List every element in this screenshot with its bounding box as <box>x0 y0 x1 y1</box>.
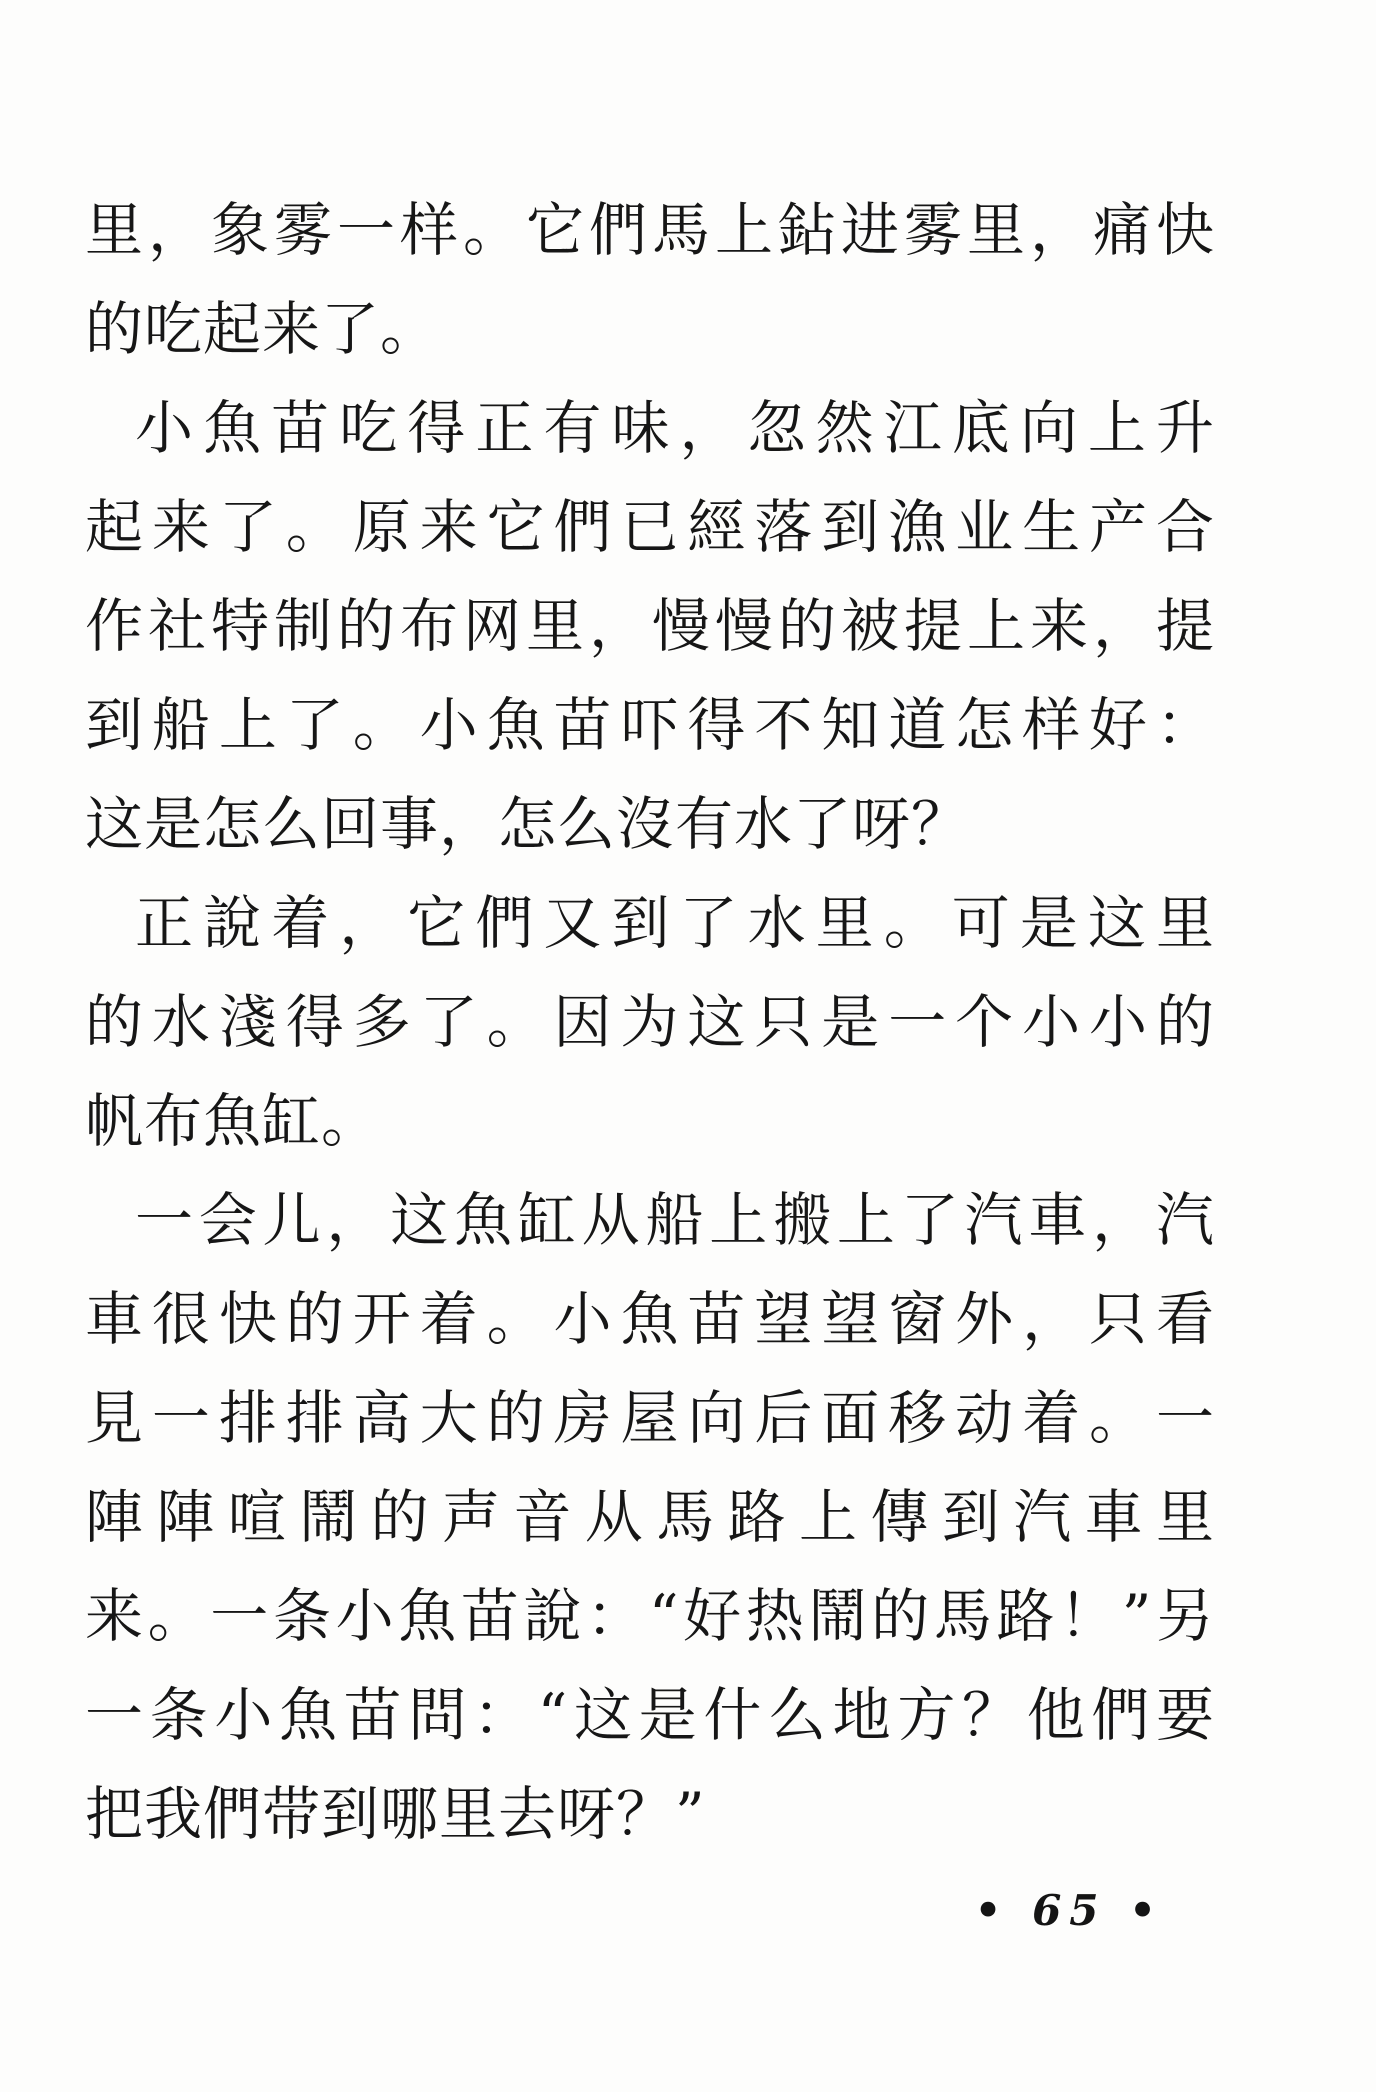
text-line: 的水淺得多了。因为这只是一个小小的 <box>85 973 1215 1072</box>
body-text: 里，象雾一样。它們馬上鉆进雾里，痛快的吃起来了。小魚苗吃得正有味，忽然江底向上升… <box>85 181 1215 1864</box>
book-page: 里，象雾一样。它們馬上鉆进雾里，痛快的吃起来了。小魚苗吃得正有味，忽然江底向上升… <box>0 0 1376 2092</box>
text-line: 陣陣喧鬧的声音从馬路上傳到汽車里 <box>85 1468 1215 1567</box>
text-line: 这是怎么回事，怎么沒有水了呀？ <box>85 775 1215 874</box>
text-line: 帆布魚缸。 <box>85 1072 1215 1171</box>
text-line: 作社特制的布网里，慢慢的被提上来，提 <box>85 577 1215 676</box>
text-line: 里，象雾一样。它們馬上鉆进雾里，痛快 <box>85 181 1215 280</box>
text-line: 一条小魚苗問：“这是什么地方？他們要 <box>85 1666 1215 1765</box>
text-line: 到船上了。小魚苗吓得不知道怎样好： <box>85 676 1215 775</box>
page-number: • 65 • <box>975 1886 1164 1935</box>
text-line: 起来了。原来它們已經落到漁业生产合 <box>85 478 1215 577</box>
text-line: 一会儿，这魚缸从船上搬上了汽車，汽 <box>85 1171 1215 1270</box>
text-line: 見一排排高大的房屋向后面移动着。一 <box>85 1369 1215 1468</box>
text-line: 小魚苗吃得正有味，忽然江底向上升 <box>85 379 1215 478</box>
text-line: 車很快的开着。小魚苗望望窗外，只看 <box>85 1270 1215 1369</box>
text-line: 正說着，它們又到了水里。可是这里 <box>85 874 1215 973</box>
text-line: 的吃起来了。 <box>85 280 1215 379</box>
text-line: 来。一条小魚苗說：“好热鬧的馬路！”另 <box>85 1567 1215 1666</box>
text-line: 把我們带到哪里去呀？” <box>85 1765 1215 1864</box>
